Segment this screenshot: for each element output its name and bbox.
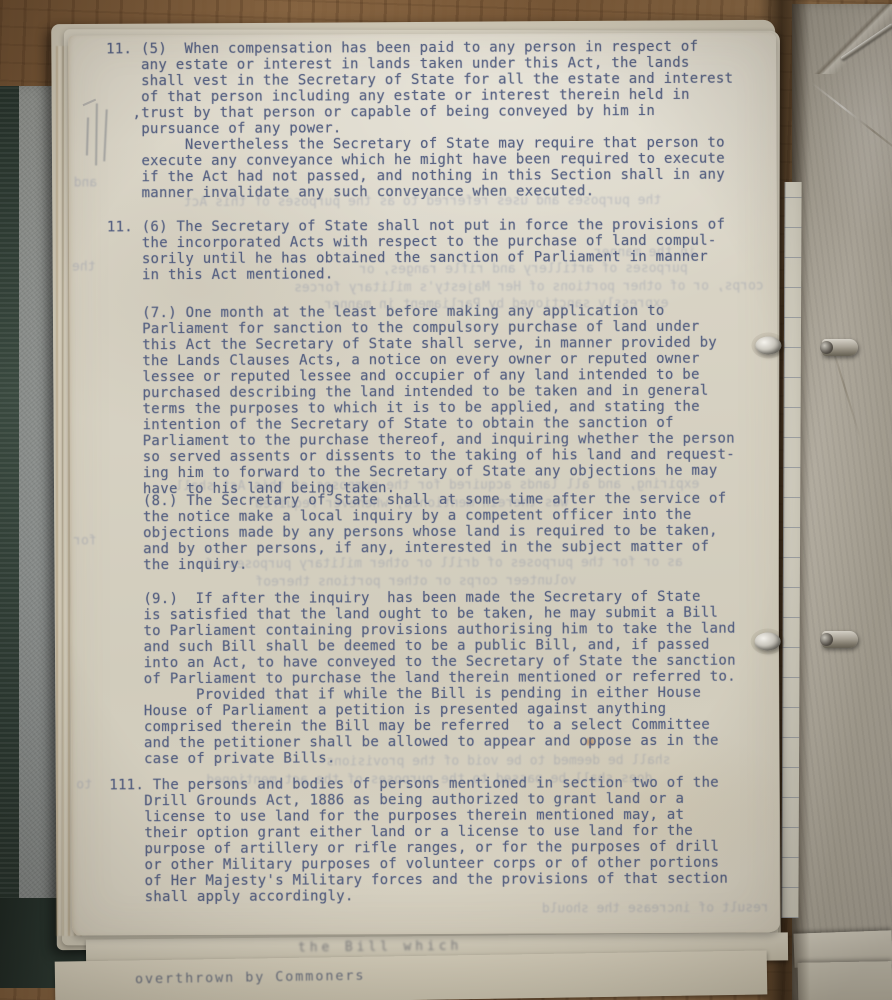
binding-rivet-bottom bbox=[755, 632, 781, 650]
right-sheet-edge bbox=[798, 961, 892, 1000]
pencil-stroke bbox=[86, 117, 89, 155]
typed-paragraph-8: (8.) The Secretary of State shall at som… bbox=[108, 491, 727, 574]
graph-paper-edge bbox=[781, 182, 801, 918]
bleedthrough-margin-mark: to bbox=[76, 777, 92, 792]
typed-paragraph-11-5: 11. (5) When compensation has been paid … bbox=[106, 39, 734, 202]
desk-surface: the Bill which overthrown by Commoners t… bbox=[0, 0, 892, 1000]
underlying-sheet-text: the Bill which bbox=[298, 939, 462, 956]
typed-paragraph-7: (7.) One month at the least before makin… bbox=[107, 303, 735, 498]
binding-rivet-top bbox=[755, 336, 781, 354]
bleedthrough-line: volunteer corps or other portions thereo… bbox=[255, 573, 576, 589]
binder-spine-edge bbox=[0, 86, 19, 964]
paper-fold-crease bbox=[811, 82, 892, 164]
bleedthrough-margin-mark: for bbox=[73, 533, 97, 548]
typed-paragraph-11-6: 11. (6) The Secretary of State shall not… bbox=[107, 217, 726, 284]
binding-post-right-top bbox=[822, 339, 858, 356]
bleedthrough-margin-mark: the bbox=[72, 259, 96, 274]
typed-paragraph-9: (9.) If after the inquiry has been made … bbox=[108, 589, 736, 768]
typed-paragraph-111: 111. The persons and bodies of persons m… bbox=[109, 775, 728, 906]
pencil-stroke bbox=[95, 103, 98, 165]
paper-corner-fold bbox=[810, 4, 892, 74]
bottom-sheet-text: overthrown by Commoners bbox=[135, 968, 366, 988]
document-page: the purposes and uses referred to as the… bbox=[68, 32, 780, 935]
pencil-stroke bbox=[83, 99, 97, 107]
binding-post-right-bottom bbox=[822, 631, 858, 648]
